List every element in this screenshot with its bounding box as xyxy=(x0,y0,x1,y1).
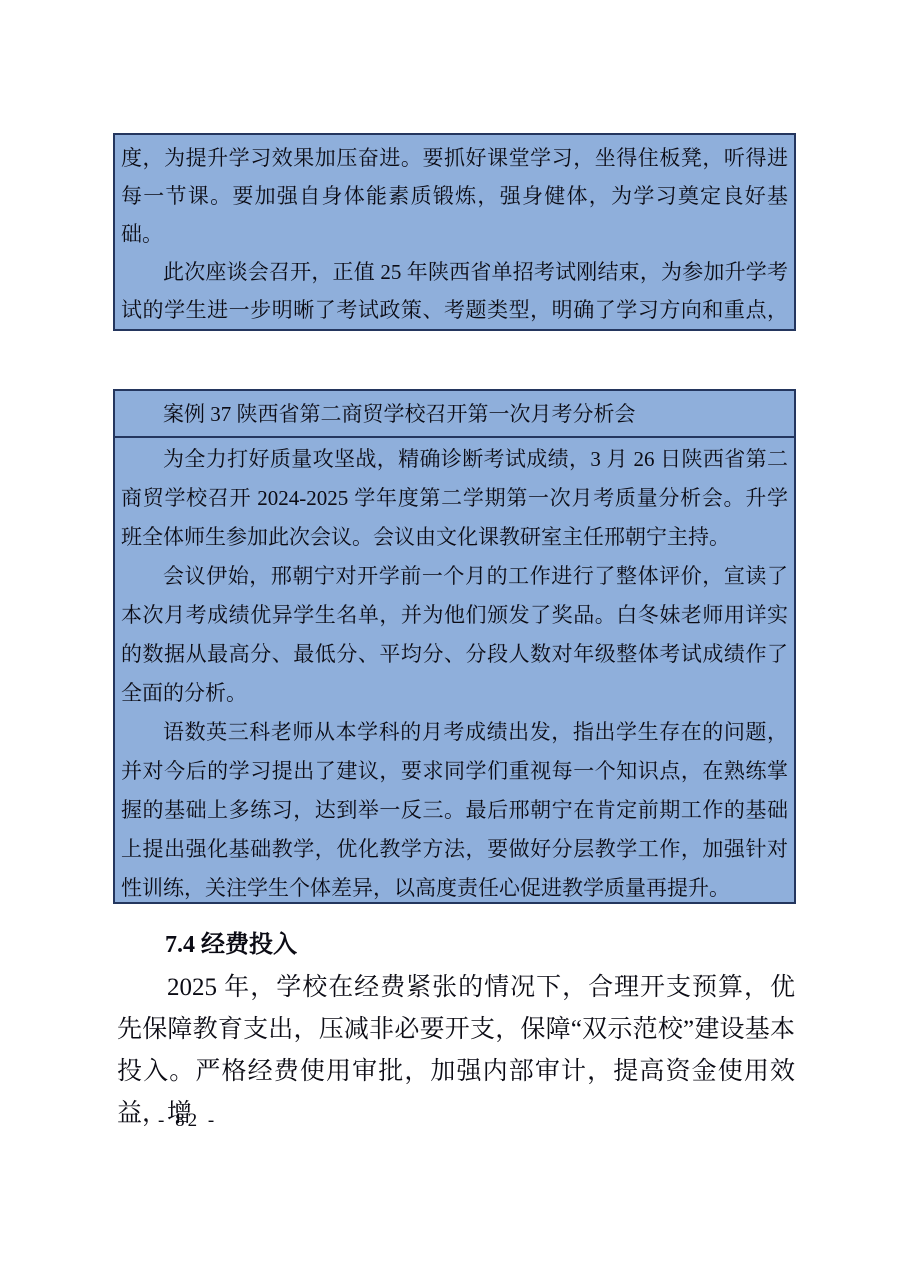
paragraph: 语数英三科老师从本学科的月考成绩出发，指出学生存在的问题，并对今后的学习提出了建… xyxy=(121,713,788,904)
paragraph: 此次座谈会召开，正值 25 年陕西省单招考试刚结束，为参加升学考试的学生进一步明… xyxy=(121,253,788,331)
case-study-block: 案例 37 陕西省第二商贸学校召开第一次月考分析会 为全力打好质量攻坚战，精确诊… xyxy=(113,389,796,904)
paragraph: 会议伊始，邢朝宁对开学前一个月的工作进行了整体评价，宣读了本次月考成绩优异学生名… xyxy=(121,557,788,713)
section-heading: 7.4 经费投入 xyxy=(165,928,297,962)
highlight-block-continuation: 度，为提升学习效果加压奋进。要抓好课堂学习，坐得住板凳，听得进每一节课。要加强自… xyxy=(113,133,796,331)
document-page: 度，为提升学习效果加压奋进。要抓好课堂学习，坐得住板凳，听得进每一节课。要加强自… xyxy=(0,0,900,1273)
page-number: - 82 - xyxy=(158,1110,217,1132)
section-paragraph: 2025 年，学校在经费紧张的情况下，合理开支预算，优先保障教育支出，压减非必要… xyxy=(117,967,795,1135)
case-title: 案例 37 陕西省第二商贸学校召开第一次月考分析会 xyxy=(115,391,794,438)
paragraph: 为全力打好质量攻坚战，精确诊断考试成绩，3 月 26 日陕西省第二商贸学校召开 … xyxy=(121,440,788,557)
paragraph: 度，为提升学习效果加压奋进。要抓好课堂学习，坐得住板凳，听得进每一节课。要加强自… xyxy=(121,139,788,253)
case-body: 为全力打好质量攻坚战，精确诊断考试成绩，3 月 26 日陕西省第二商贸学校召开 … xyxy=(115,438,794,904)
